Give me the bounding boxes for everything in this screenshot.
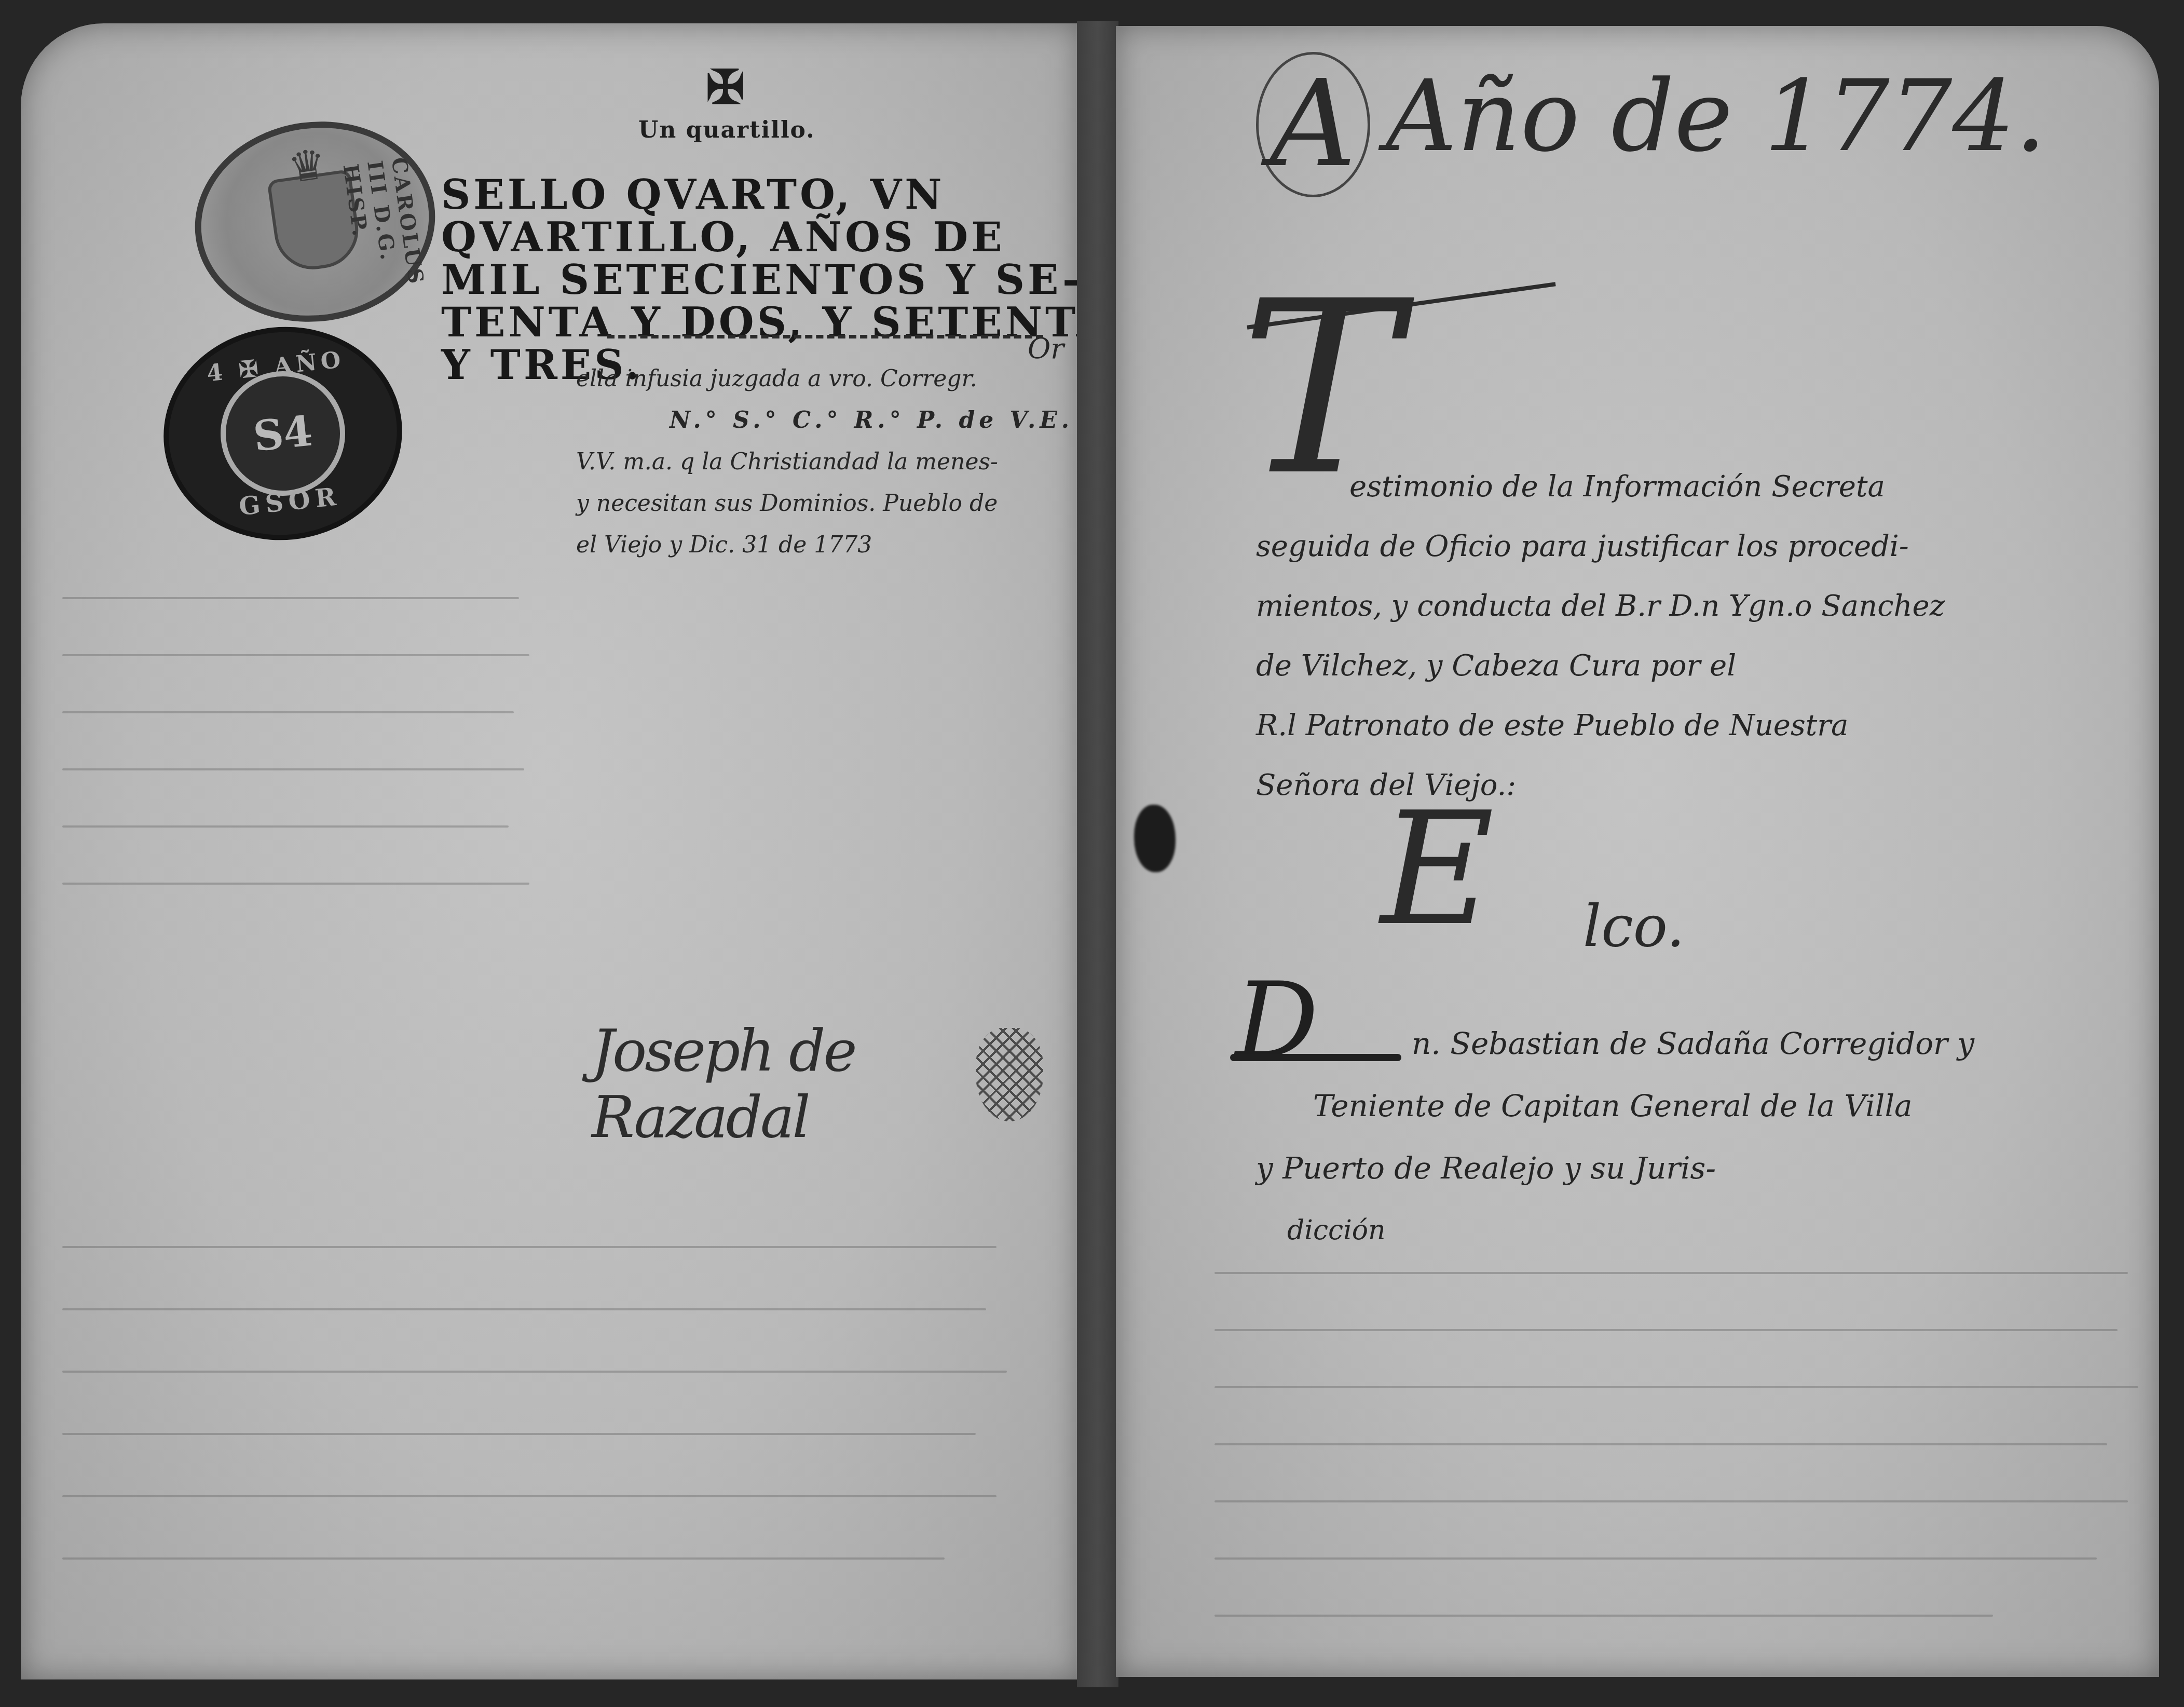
bleed-through-line xyxy=(1214,1443,2107,1445)
year-header-initial: A xyxy=(1256,52,1370,197)
ink-blot xyxy=(1134,805,1176,872)
bleed-through-line xyxy=(1214,1557,2097,1560)
year-header-text: Año de 1774. xyxy=(1386,59,2046,173)
bleed-through-line xyxy=(1214,1386,2138,1388)
testimony-line: mientos, y conducta del B.r D.n Ygn.o Sa… xyxy=(1256,576,2154,636)
bleed-through-line xyxy=(62,654,529,656)
stamped-paper-title: SELLO QVARTO, VN QVARTILLO, AÑOS DE MIL … xyxy=(441,174,1069,387)
margin-note-line: el Viejo y Dic. 31 de 1773 xyxy=(576,524,1069,566)
testimony-line: estimonio de la Información Secreta xyxy=(1256,457,2154,517)
bleed-through-line xyxy=(62,883,529,885)
margin-note-line: N.° S.° C.° R.° P. de V.E. Je xyxy=(576,400,1069,441)
auto-heading-rest: lco. xyxy=(1583,893,1685,959)
stamp-title-line: SELLO QVARTO, VN xyxy=(441,174,1069,216)
order-line: dicción xyxy=(1256,1199,2154,1262)
cross-mark: ✠ xyxy=(706,60,745,115)
bleed-through-line xyxy=(62,1246,997,1248)
margin-note: ella infusia juzgada a vro. Corregr. N.°… xyxy=(576,358,1069,566)
bleed-through-line xyxy=(1214,1272,2128,1274)
margin-note-line: ella infusia juzgada a vro. Corregr. xyxy=(576,358,1069,400)
bleed-through-line xyxy=(62,711,514,713)
book-gutter xyxy=(1077,21,1118,1687)
bleed-through-line xyxy=(62,1495,997,1497)
rubric-flourish-icon xyxy=(976,1028,1043,1121)
stamp-title-line: MIL SETECIENTOS Y SE- xyxy=(441,259,1069,302)
bleed-through-line xyxy=(1214,1615,1993,1617)
testimony-line: R.l Patronato de este Pueblo de Nuestra xyxy=(1256,696,2154,755)
bleed-through-line xyxy=(62,1308,986,1310)
bleed-through-line xyxy=(62,1433,976,1435)
bleed-through-line xyxy=(62,1371,1007,1373)
year-header: AAño de 1774. xyxy=(1256,52,2046,197)
auto-heading-initial: E xyxy=(1381,779,1494,960)
order-line: Teniente de Capitan General de la Villa xyxy=(1256,1075,2154,1137)
crown-icon: ♛ xyxy=(285,140,329,193)
royal-seal-text: CAROLUS III D.G. HISP. xyxy=(338,156,431,310)
tax-seal-center: S4 xyxy=(214,365,351,502)
testimony-line: seguida de Oficio para justificar los pr… xyxy=(1256,517,2154,576)
order-paragraph: n. Sebastian de Sadaña Corregidor y Teni… xyxy=(1256,1012,2154,1262)
bleed-through-line xyxy=(62,825,509,828)
quartillo-label: Un quartillo. xyxy=(638,117,815,143)
dashed-rule xyxy=(607,335,1043,338)
tax-seal-center-text: S4 xyxy=(251,406,315,460)
bleed-through-line xyxy=(1214,1329,2118,1331)
order-line: n. Sebastian de Sadaña Corregidor y xyxy=(1256,1012,2154,1075)
margin-note-line: V.V. m.a. q la Christiandad la menes- xyxy=(576,441,1069,483)
order-line: y Puerto de Realejo y su Juris- xyxy=(1256,1137,2154,1199)
signature: Joseph de Razadal xyxy=(561,945,1059,1163)
margin-note-line: y necesitan sus Dominios. Pueblo de xyxy=(576,483,1069,524)
bleed-through-line xyxy=(62,597,519,599)
bleed-through-line xyxy=(1214,1500,2128,1502)
testimony-paragraph: estimonio de la Información Secreta segu… xyxy=(1256,457,2154,815)
testimony-line: de Vilchez, y Cabeza Cura por el xyxy=(1256,636,2154,696)
stamp-title-line: QVARTILLO, AÑOS DE xyxy=(441,216,1069,259)
bleed-through-line xyxy=(62,768,524,770)
bleed-through-line xyxy=(62,1557,945,1560)
